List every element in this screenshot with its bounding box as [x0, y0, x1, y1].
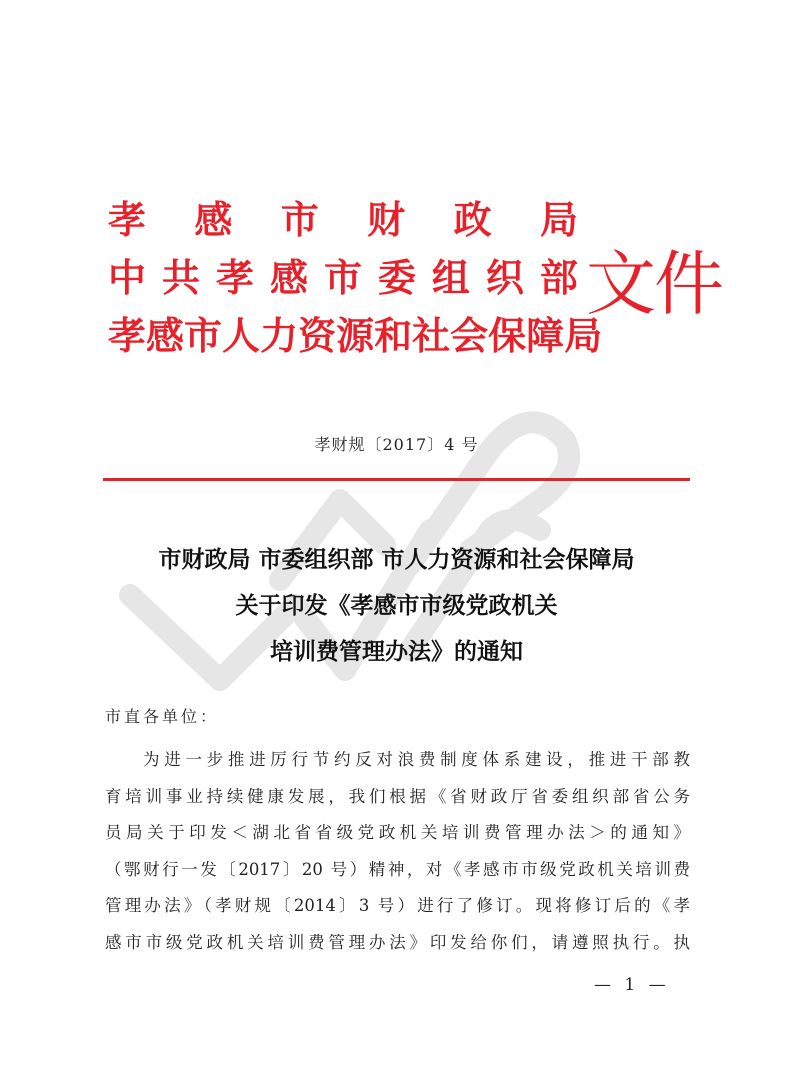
title-line-1: 市财政局 市委组织部 市人力资源和社会保障局	[0, 537, 793, 583]
title-line-2: 关于印发《孝感市市级党政机关	[0, 583, 793, 629]
red-divider-line	[103, 478, 690, 481]
page-number: — 1 —	[594, 975, 670, 995]
title-line-3: 培训费管理办法》的通知	[0, 629, 793, 675]
body-paragraph: 为进一步推进厉行节约反对浪费制度体系建设，推进干部教 育培训事业持续健康发展，我…	[105, 742, 690, 961]
masthead-document-suffix: 文件	[586, 246, 722, 322]
body-line: （鄂财行一发〔2017〕20 号）精神，对《孝感市市级党政机关培训费	[105, 852, 690, 889]
document-number: 孝财规〔2017〕4 号	[0, 432, 793, 455]
issuer-organization-department: 中 共 孝 感 市 委 组 织 部	[108, 256, 578, 300]
salutation: 市直各单位：	[105, 704, 219, 727]
body-line: 管理办法》（孝财规〔2014〕3 号）进行了修订。现将修订后的《孝	[105, 888, 690, 925]
body-line: 员局关于印发＜湖北省省级党政机关培训费管理办法＞的通知》	[105, 815, 690, 852]
issuer-finance-bureau: 孝 感 市 财 政 局	[108, 198, 578, 242]
issuer-hr-social-security-bureau: 孝 感 市 人 力 资 源 和 社 会 保 障 局	[108, 314, 578, 358]
document-title: 市财政局 市委组织部 市人力资源和社会保障局 关于印发《孝感市市级党政机关 培训…	[0, 537, 793, 675]
body-line: 育培训事业持续健康发展，我们根据《省财政厅省委组织部省公务	[105, 779, 690, 816]
body-line: 感市市级党政机关培训费管理办法》印发给你们，请遵照执行。执	[105, 925, 690, 962]
issuer-masthead: 孝 感 市 财 政 局 中 共 孝 感 市 委 组 织 部 孝 感 市 人 力 …	[108, 198, 698, 373]
body-line: 为进一步推进厉行节约反对浪费制度体系建设，推进干部教	[105, 742, 690, 779]
document-page: 孝 感 市 财 政 局 中 共 孝 感 市 委 组 织 部 孝 感 市 人 力 …	[0, 0, 793, 1077]
